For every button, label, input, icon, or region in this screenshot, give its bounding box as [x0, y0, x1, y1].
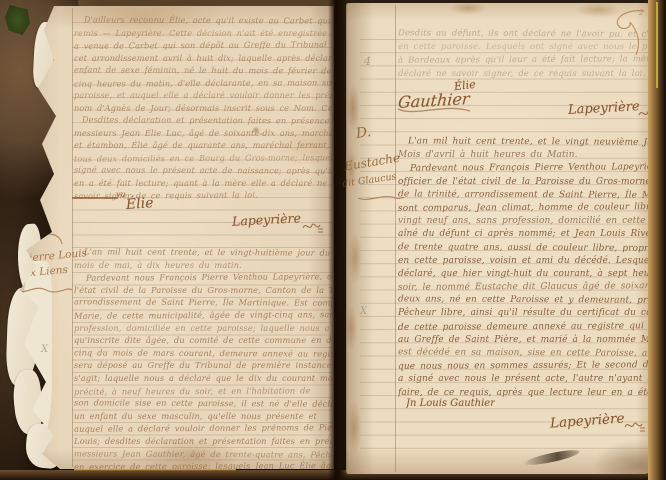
- handwritten-line: déclaré ne savoir signer, de ce requis s…: [398, 68, 648, 81]
- pencil-mark: X: [41, 116, 48, 127]
- handwritten-line: en cette paroisse, voisin et ami du décé…: [398, 255, 650, 268]
- handwritten-line: de la trinité, arrondissement de Saint P…: [398, 188, 650, 203]
- handwritten-line: et étambon, Élie âgé de quarante ans, ma…: [74, 139, 332, 152]
- handwritten-line: officier de l'état civil de la Paroisse …: [398, 176, 650, 189]
- handwritten-line: sont comparus, Jean climat, homme de cou…: [398, 201, 650, 216]
- green-stain: [5, 5, 30, 35]
- paraph-flourish: [624, 419, 646, 433]
- handwritten-line: que nous nous en sommes assurés; Et le s…: [398, 359, 650, 374]
- handwritten-line: L'an mil huit cent trente, et le vingt n…: [398, 136, 650, 150]
- handwritten-line: a venue de Carbet qui son dépôt au Greff…: [74, 38, 332, 52]
- handwritten-line: Desdites déclaration et présentation fai…: [74, 113, 332, 127]
- previous-act-end-text: Desdits au défunt, ils ont déclaré ne l'…: [398, 28, 648, 81]
- handwritten-line: Louis; desdites déclaration et présentat…: [74, 435, 332, 448]
- handwritten-line: Pardevant nous François Pierre Venthou L…: [74, 270, 332, 284]
- page-stack-top-edge: [78, 0, 340, 7]
- handwritten-line: deux ans, né en cette Paroisse et y deme…: [398, 294, 650, 309]
- handwritten-line: mois de mai, à dix heures du matin.: [74, 259, 332, 272]
- handwritten-line: Desdits au défunt, ils ont déclaré ne l'…: [398, 28, 648, 42]
- handwritten-line: profession, domiciliée en cette paroisse…: [74, 322, 332, 335]
- handwritten-line: D'ailleurs reconnu Élie, acte qu'il exis…: [74, 14, 332, 27]
- handwritten-line: enfant de sexe féminin, né le huit du mo…: [74, 63, 332, 77]
- handwritten-line: à Bordeaux après qu'il leur a été fait l…: [398, 54, 648, 69]
- handwritten-line: signé avec nous le présent acte de naiss…: [74, 163, 332, 177]
- handwritten-line: un enfant du sexe masculin, qu'elle nous…: [74, 410, 332, 423]
- handwritten-line: cinq du mois de mars courant, demeure an…: [74, 346, 332, 360]
- handwritten-line: Mois d'avril à huit heures du Matin.: [398, 149, 650, 162]
- handwritten-line: Pardevant nous François Pierre Venthou L…: [398, 162, 650, 177]
- handwritten-line: son domicile sise en cette paroisse, il …: [74, 396, 332, 410]
- handwritten-line: savoir signer de ce requis suivant la lo…: [74, 188, 332, 201]
- pencil-mark: 4: [364, 55, 371, 68]
- handwritten-line: s'agit; laquelle nous a déclaré que le d…: [74, 372, 332, 385]
- archival-register-scan: D'ailleurs reconnu Élie, acte qu'il exis…: [0, 0, 666, 480]
- handwritten-line: de trente quatre ans, aussi de couleur l…: [398, 241, 650, 256]
- margin-rule-line: [72, 8, 73, 467]
- handwritten-line: L'an mil huit cent trente, et le vingt-h…: [74, 246, 332, 259]
- handwritten-line: remis — Lapeyrière. Cette décision n'ait…: [74, 27, 332, 40]
- book-spine-gutter: [328, 0, 348, 480]
- handwritten-line: l'état civil de la Paroisse du Gros-morn…: [74, 284, 332, 297]
- pencil-mark: X: [360, 306, 367, 317]
- right-page: 2 Desdits au défunt, ils ont déclaré ne …: [346, 3, 652, 474]
- handwritten-line: au Greffe de Saint Pière, et marié à la …: [398, 334, 650, 347]
- margin-rule-line: [395, 5, 396, 472]
- handwritten-line: en cette paroisse. Lesquels ont signé av…: [398, 41, 648, 54]
- handwritten-line: aîné du défunt ci après nommé; et Jean L…: [398, 228, 650, 241]
- paraph-flourish: [302, 220, 324, 234]
- handwritten-line: en a été fait lecture; quant à la mère e…: [74, 177, 332, 190]
- handwritten-line: paroisse, et auquel elle a déclaré voulo…: [74, 89, 332, 102]
- signature-declarant: Jn Louis Gauthier: [406, 398, 495, 409]
- handwritten-line: qu'inscrite dite âgée, du comité de cett…: [74, 334, 332, 347]
- handwritten-line: auquel elle a déclaré vouloir donner les…: [74, 422, 332, 436]
- act-naissance-pierre-louis-text: L'an mil huit cent trente, et le vingt-h…: [74, 246, 332, 474]
- handwritten-line: vingt neuf ans, sans profession, domicil…: [398, 215, 650, 228]
- left-page: D'ailleurs reconnu Élie, acte qu'il exis…: [14, 6, 334, 469]
- handwritten-line: cet arrondissement avril à huit dix; laq…: [74, 52, 332, 65]
- margin-note-initial-d: D.: [355, 124, 372, 142]
- handwritten-line: Pêcheur libre, ainsi qu'il résulte du ce…: [398, 307, 650, 320]
- act-deces-eustache-text: L'an mil huit cent trente, et le vingt n…: [398, 136, 650, 400]
- handwritten-line: déclaré, que hier vingt-huit du courant,…: [398, 268, 650, 281]
- handwritten-line: a signé avec nous le présent acte, l'aut…: [398, 373, 650, 386]
- closing-dash: [72, 197, 118, 199]
- handwritten-line: cinq heures du matin, d'elle déclarante,…: [74, 76, 332, 90]
- handwritten-line: Marie, de cette municipalité, âgée de vi…: [74, 308, 332, 322]
- handwritten-line: nom d'Agnès de Jour; désormais inscrit s…: [74, 102, 332, 115]
- handwritten-line: sera déposé au Greffe du Tribunal de pre…: [74, 359, 332, 372]
- gilt-edge-line: [656, 2, 658, 88]
- signature-underline-swash: [396, 103, 472, 117]
- handwritten-line: de cette paroisse demeure annexé au regi…: [398, 320, 650, 335]
- pencil-mark: X: [41, 344, 48, 355]
- handwritten-line: messieurs Jean Élie Luc, âgé de soixante…: [74, 127, 332, 140]
- signature-elie: Élie: [125, 195, 154, 213]
- act-naissance-text: D'ailleurs reconnu Élie, acte qu'il exis…: [74, 14, 332, 202]
